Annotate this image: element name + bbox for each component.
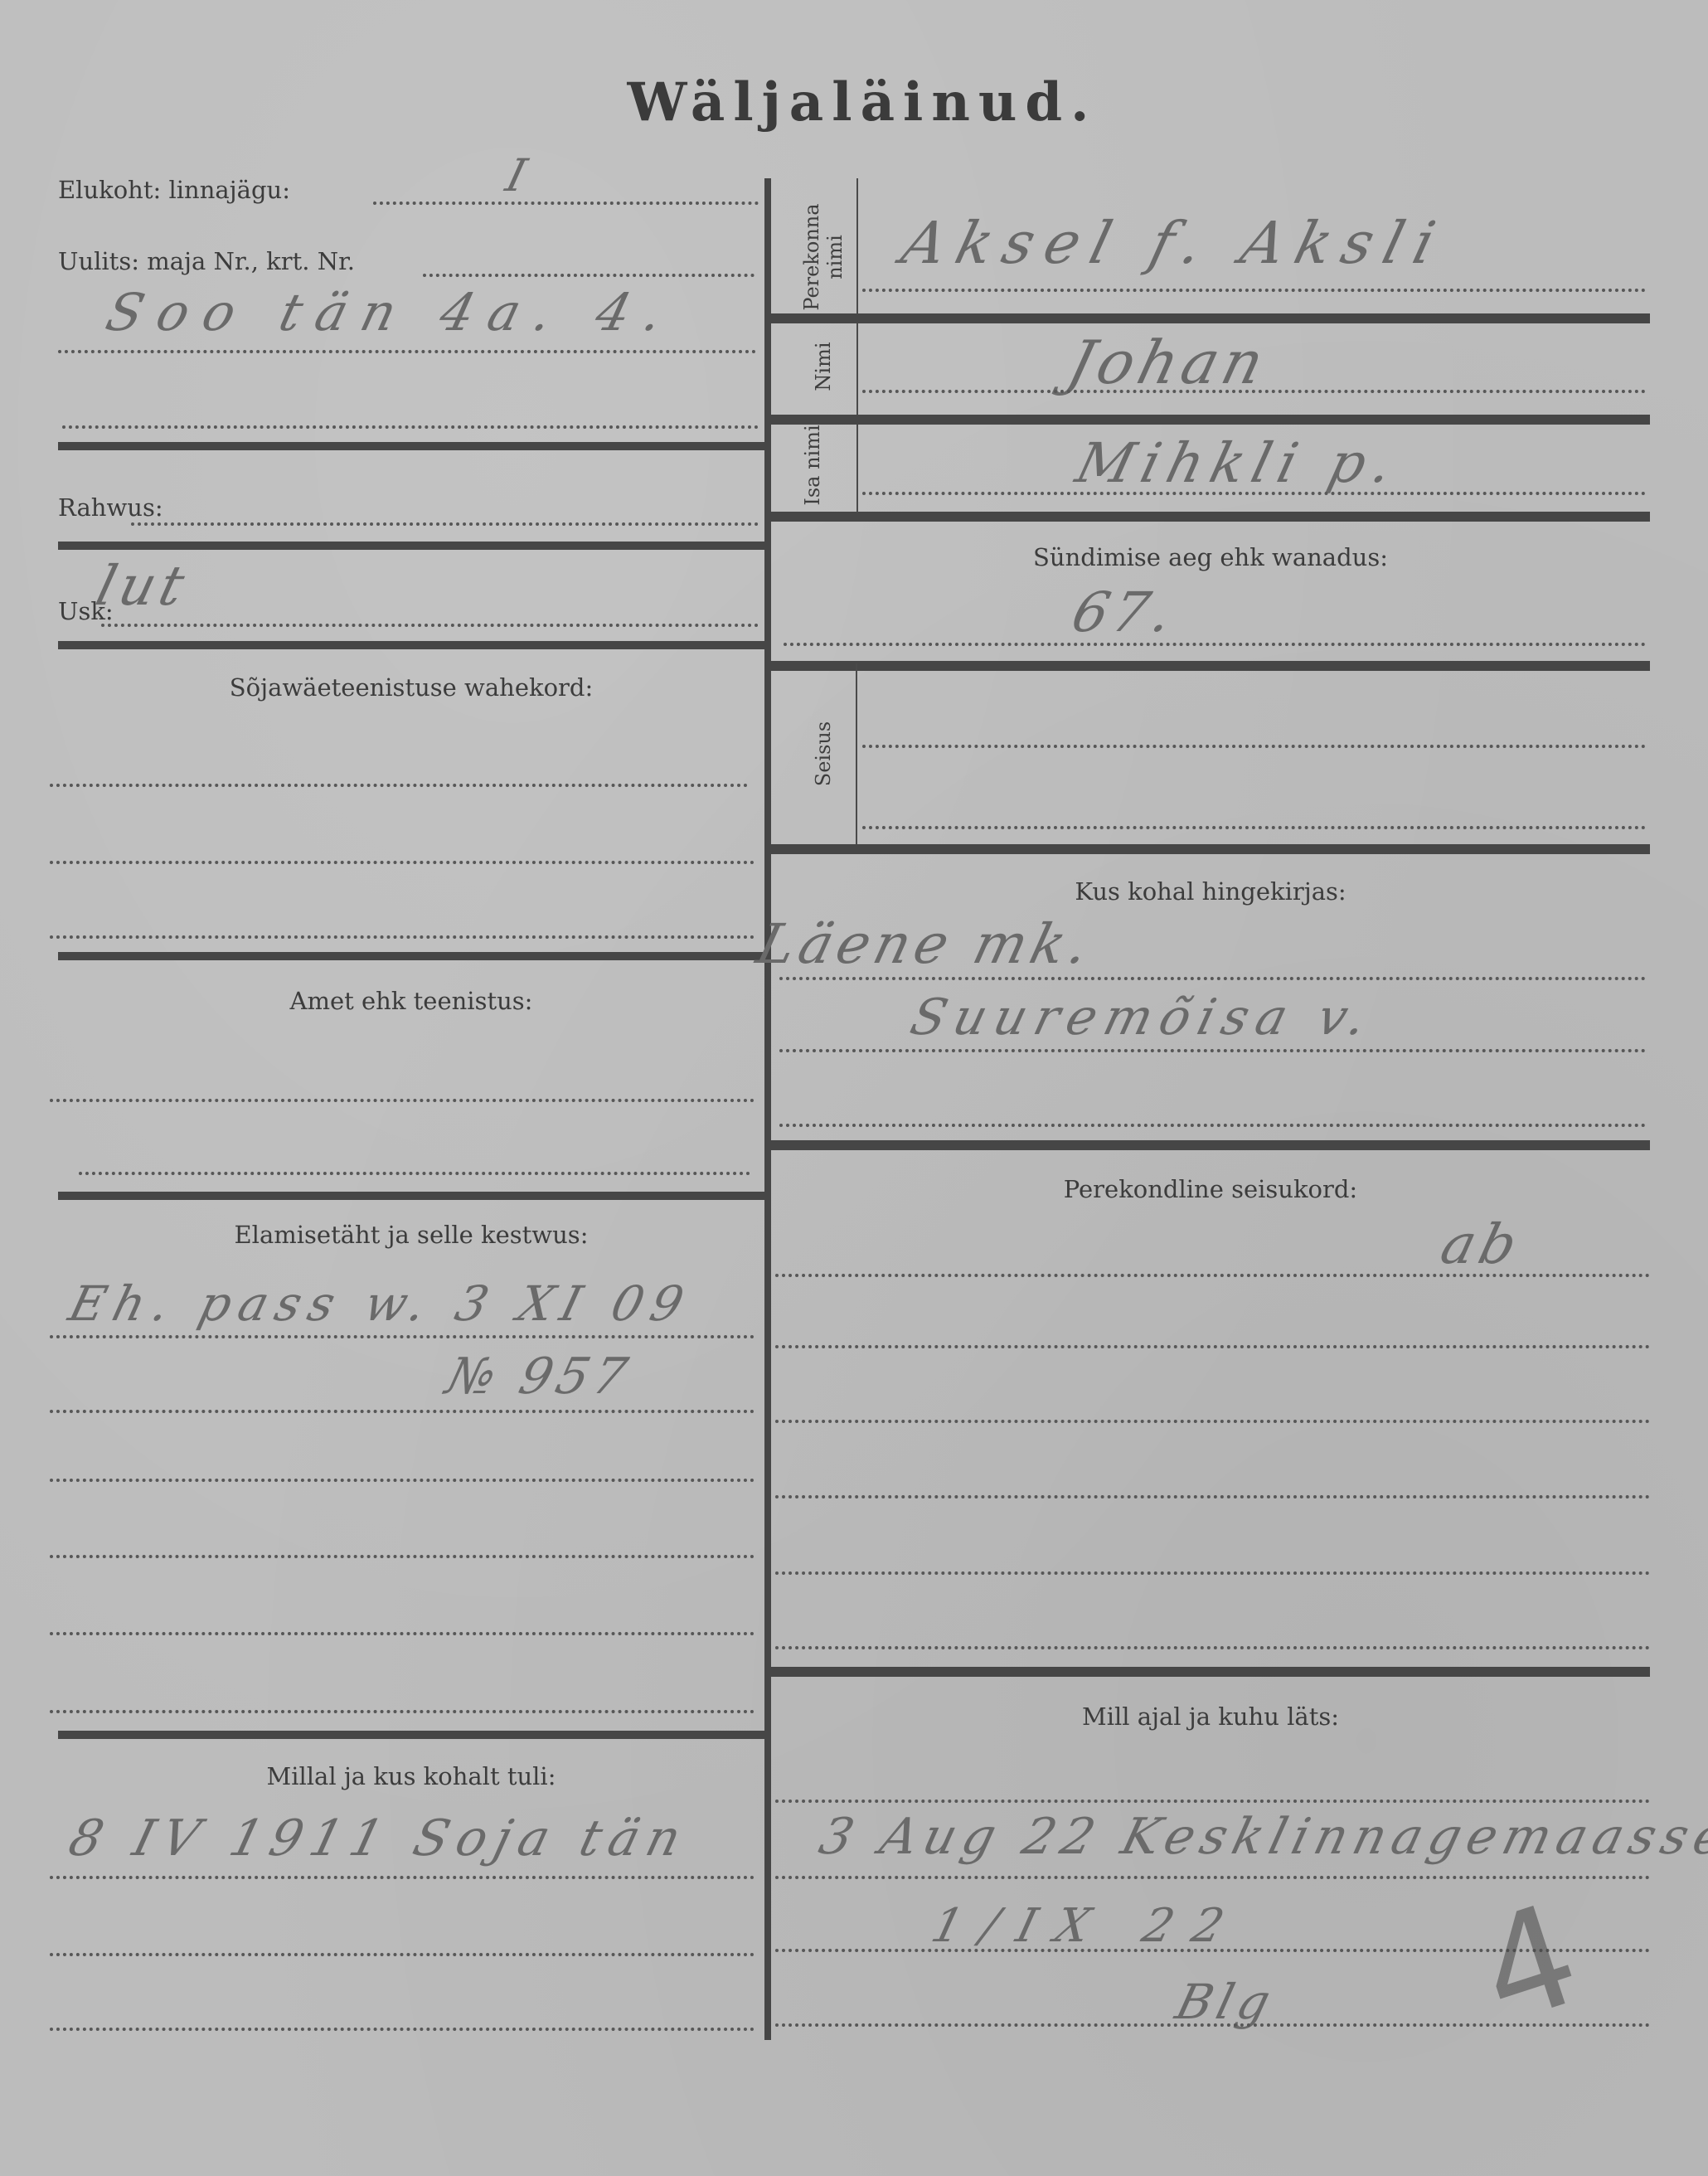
elamisetaht-value-2: № 957 <box>440 1348 638 1406</box>
section-rule <box>58 442 764 450</box>
perekondline-dotted-line-2 <box>775 1345 1650 1348</box>
rahwus-label: Rahwus: <box>58 493 163 522</box>
perekonna-nimi-label: Perekonna nimi <box>800 187 847 328</box>
perekondline-dotted-line-3 <box>775 1420 1650 1423</box>
sundimise-label: Sündimise aeg ehk wanadus: <box>771 543 1650 571</box>
elukoht-label: Elukoht: linnajägu: <box>58 176 290 204</box>
hingekirjas-value-1: Läene mk. <box>750 912 1100 976</box>
sojawae-dotted-line-2 <box>50 861 755 864</box>
millal-tuli-dotted-line-3 <box>50 2028 755 2031</box>
section-rule <box>58 1731 764 1739</box>
isa-nimi-dotted-line <box>862 492 1646 495</box>
hingekirjas-dotted-line-1 <box>779 977 1646 980</box>
scanned-form-page: Wäljaläinud. Elukoht: linnajägu: I Uulit… <box>0 0 1708 2176</box>
sojawae-dotted-line-1 <box>50 784 748 787</box>
sundimise-dotted-line <box>784 643 1646 646</box>
section-rule <box>58 1192 764 1200</box>
elamisetaht-dotted-line-2 <box>50 1410 755 1413</box>
seisus-dotted-line-1 <box>862 745 1646 748</box>
name-label-divider <box>856 178 858 515</box>
millal-tuli-dotted-line-1 <box>50 1876 755 1879</box>
perekondline-label: Perekondline seisukord: <box>771 1175 1650 1203</box>
nimi-label: Nimi <box>812 325 835 408</box>
nimi-dotted-line <box>862 390 1646 393</box>
uulits-dotted-line-2 <box>58 350 756 353</box>
section-rule <box>771 415 1650 425</box>
uulits-value: Soo tän 4a. 4. <box>100 282 684 342</box>
rahwus-dotted-line <box>131 522 759 526</box>
section-rule <box>771 661 1650 671</box>
hingekirjas-dotted-line-2 <box>779 1049 1646 1052</box>
hingekirjas-dotted-line-3 <box>779 1124 1646 1127</box>
elamisetaht-dotted-line-5 <box>50 1632 755 1635</box>
sojawae-label: Sõjawäeteenistuse wahekord: <box>58 673 764 702</box>
section-rule <box>771 512 1650 522</box>
hingekirjas-label: Kus kohal hingekirjas: <box>771 877 1650 906</box>
amet-dotted-line-2 <box>79 1172 750 1175</box>
section-rule <box>771 313 1650 323</box>
section-rule <box>771 844 1650 854</box>
lats-value-3: Blg <box>1171 1974 1281 2030</box>
sundimise-value: 67. <box>1065 580 1183 644</box>
perekondline-dotted-line-5 <box>775 1571 1650 1575</box>
lats-value-2: 1/IX 22 <box>926 1899 1249 1953</box>
section-rule <box>58 641 764 649</box>
hingekirjas-value-2: Suuremõisa v. <box>905 988 1380 1047</box>
lats-dotted-line-1 <box>775 1800 1650 1803</box>
millal-tuli-dotted-line-2 <box>50 1953 755 1956</box>
isa-nimi-label: Isa nimi <box>801 415 824 515</box>
section-rule <box>771 1667 1650 1677</box>
address-dotted-line-3 <box>62 425 759 429</box>
uulits-dotted-line <box>423 274 755 277</box>
section-rule <box>58 542 764 550</box>
elamisetaht-label: Elamisetäht ja selle kestwus: <box>58 1221 764 1249</box>
section-rule <box>771 1140 1650 1150</box>
section-rule <box>58 952 764 960</box>
isa-nimi-value: Mihkli p. <box>1070 431 1407 495</box>
elukoht-value: I <box>501 149 536 202</box>
usk-value: lut <box>90 554 195 618</box>
perekonna-nimi-value: Aksel f. Aksli <box>895 209 1453 277</box>
millal-tuli-value: 8 IV 1911 Soja tän <box>63 1809 695 1868</box>
millal-tuli-label: Millal ja kus kohalt tuli: <box>58 1762 764 1790</box>
sojawae-dotted-line-3 <box>50 935 755 939</box>
elamisetaht-value-1: Eh. pass w. 3 XI 09 <box>64 1275 698 1332</box>
perekondline-dotted-line-6 <box>775 1646 1650 1649</box>
elukoht-dotted-line <box>373 202 759 205</box>
amet-dotted-line-1 <box>50 1099 755 1102</box>
pencil-mark: 4 <box>1461 1872 1597 2057</box>
form-title: Wäljaläinud. <box>580 71 1144 134</box>
lats-dotted-line-2 <box>775 1876 1650 1879</box>
lats-label: Mill ajal ja kuhu läts: <box>771 1702 1650 1731</box>
amet-label: Amet ehk teenistus: <box>58 987 764 1015</box>
perekonna-nimi-dotted-line <box>862 289 1646 292</box>
nimi-value: Johan <box>1061 328 1276 397</box>
perekondline-dotted-line-1 <box>775 1274 1650 1277</box>
seisus-dotted-line-2 <box>862 826 1646 829</box>
usk-dotted-line <box>101 624 759 627</box>
perekondline-dotted-line-4 <box>775 1495 1650 1498</box>
elamisetaht-dotted-line-1 <box>50 1335 755 1338</box>
elamisetaht-dotted-line-3 <box>50 1479 755 1482</box>
lats-value-1: 3 Aug 22 Kesklinnagemaasse <box>813 1808 1708 1866</box>
perekondline-value: ab <box>1434 1212 1528 1276</box>
center-divider <box>764 178 771 2040</box>
seisus-label-divider <box>856 663 857 846</box>
uulits-label: Uulits: maja Nr., krt. Nr. <box>58 247 355 275</box>
seisus-label: Seisus <box>812 704 835 804</box>
elamisetaht-dotted-line-6 <box>50 1710 755 1713</box>
elamisetaht-dotted-line-4 <box>50 1555 755 1558</box>
